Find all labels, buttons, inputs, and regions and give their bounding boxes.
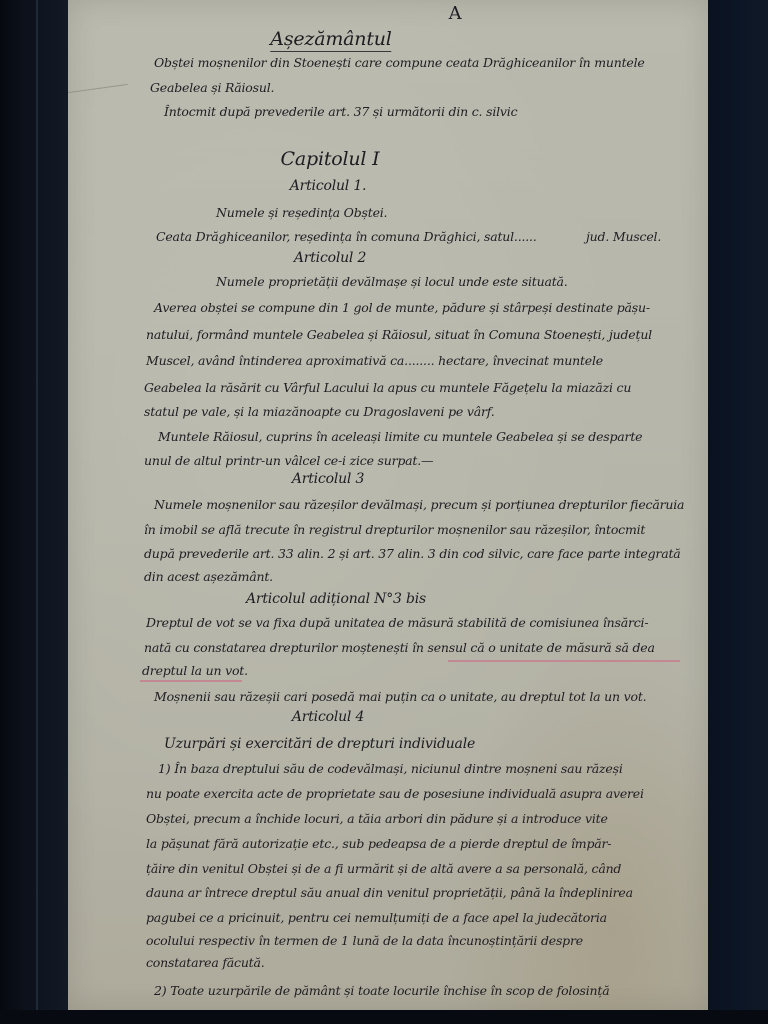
- article-4-heading: Articolul 4: [292, 709, 364, 725]
- article-4-line-10: 2) Toate uzurpările de pământ și toate l…: [154, 983, 610, 998]
- intro-line-3: Întocmit după prevederile art. 37 și urm…: [164, 104, 517, 119]
- red-underline-1: [448, 660, 680, 662]
- article-2-line-3: Muscel, având întinderea aproximativă ca…: [146, 353, 603, 368]
- article-4-line-5: țăire din venitul Obștei și de a fi urmă…: [146, 861, 621, 876]
- paper-fold-mark: [68, 84, 128, 93]
- manuscript-page: A Așezământul Obștei moșnenilor din Stoe…: [68, 0, 708, 1010]
- intro-line-1: Obștei moșnenilor din Stoenești care com…: [154, 55, 645, 70]
- article-3-line-3: după prevederile art. 33 alin. 2 și art.…: [144, 546, 681, 561]
- intro-line-2: Geabelea și Răiosul.: [150, 80, 274, 95]
- backdrop-seam: [36, 0, 38, 1024]
- article-3-heading: Articolul 3: [292, 471, 364, 487]
- page-number: A: [449, 3, 462, 24]
- scanner-backdrop-bottom: [0, 1010, 768, 1024]
- article-3bis-line-1: Dreptul de vot se va fixa după unitatea …: [146, 615, 648, 630]
- article-3-line-2: în imobil se află trecute în registrul d…: [144, 522, 645, 537]
- article-4-line-9: constatarea făcută.: [146, 955, 265, 970]
- red-underline-2: [140, 680, 242, 682]
- article-4-line-8: ocolului respectiv în termen de 1 lună d…: [146, 933, 583, 948]
- article-1-text: Ceata Drăghiceanilor, reședința în comun…: [156, 229, 537, 244]
- article-4-subheading: Uzurpări și exercitări de drepturi indiv…: [164, 736, 475, 752]
- article-4-line-7: pagubei ce a pricinuit, pentru cei nemul…: [146, 910, 607, 925]
- article-4-line-1: 1) În baza dreptului său de codevălmași,…: [158, 761, 623, 776]
- chapter-heading: Capitolul I: [281, 148, 380, 170]
- article-1-subheading: Numele și reședința Obștei.: [216, 205, 387, 220]
- article-3-line-1: Numele moșnenilor sau răzeșilor devălmaș…: [154, 497, 684, 512]
- scanner-backdrop-right: [708, 0, 768, 1024]
- article-3bis-line-4: Moșnenii sau răzeșii cari posedă mai puț…: [154, 689, 646, 704]
- article-4-line-2: nu poate exercita acte de proprietate sa…: [146, 786, 644, 801]
- article-2-line-2: natului, formând muntele Geabelea și Răi…: [146, 327, 652, 342]
- article-2-heading: Articolul 2: [294, 250, 366, 266]
- article-4-line-6: dauna ar întrece dreptul său anual din v…: [146, 885, 633, 900]
- article-2-line-1: Averea obștei se compune din 1 gol de mu…: [154, 300, 650, 315]
- article-2-subheading: Numele proprietății devălmașe și locul u…: [216, 274, 568, 289]
- article-3bis-line-3: dreptul la un vot.: [142, 663, 248, 678]
- article-3bis-heading: Articolul adițional N°3 bis: [246, 591, 426, 607]
- article-4-line-3: Obștei, precum a închide locuri, a tăia …: [146, 811, 608, 826]
- article-1-heading: Articolul 1.: [290, 178, 367, 194]
- document-title: Așezământul: [270, 28, 391, 52]
- article-3bis-line-2: nată cu constatarea drepturilor moșteneș…: [144, 640, 655, 655]
- article-1-county: jud. Muscel.: [586, 229, 661, 244]
- article-2-line-5: statul pe vale, și la miazănoapte cu Dra…: [144, 404, 495, 419]
- article-3-line-4: din acest așezământ.: [144, 569, 273, 584]
- article-2-line-4: Geabelea la răsărit cu Vârful Lacului la…: [144, 380, 631, 395]
- scanner-backdrop-left: [0, 0, 68, 1024]
- article-4-line-4: la pășunat fără autorizație etc., sub pe…: [146, 836, 611, 851]
- article-2-line-6: Muntele Răiosul, cuprins în aceleași lim…: [158, 429, 642, 444]
- article-2-line-7: unul de altul printr-un vâlcel ce-i zice…: [144, 453, 433, 468]
